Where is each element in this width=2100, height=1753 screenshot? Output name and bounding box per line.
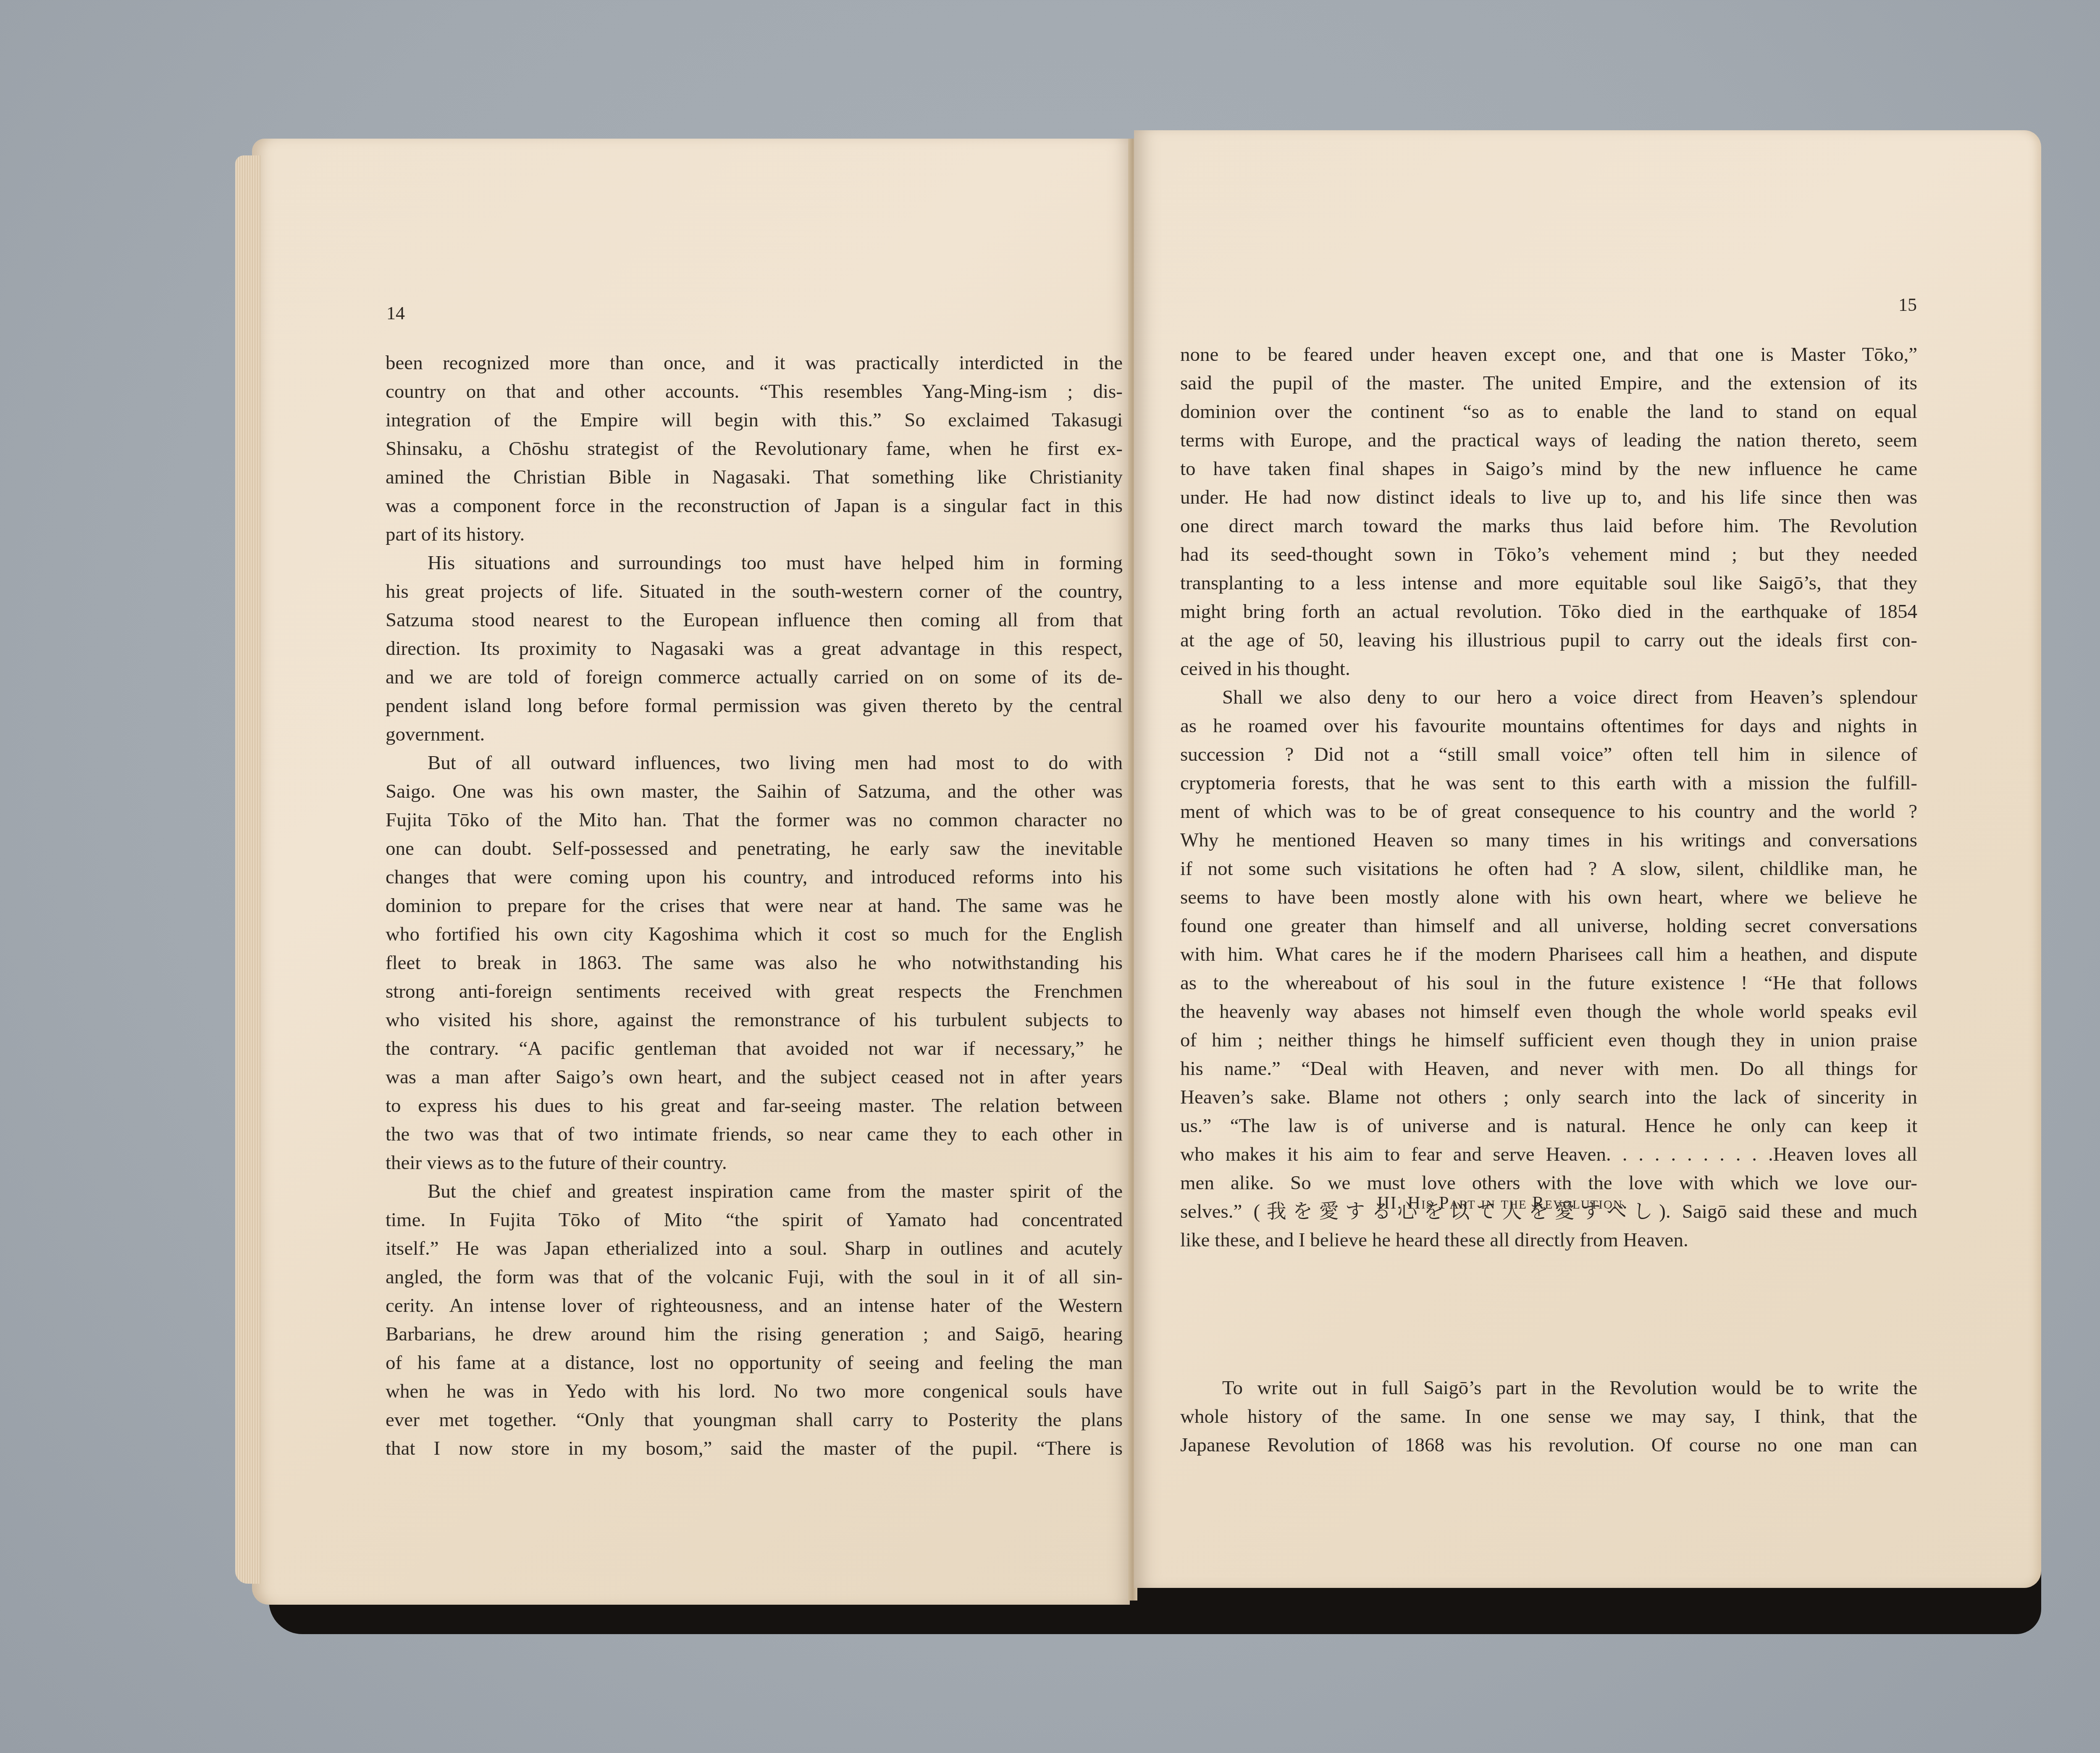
text-line: been recognized more than once, and it w…: [386, 349, 1123, 377]
text-line: Why he mentioned Heaven so many times in…: [1180, 826, 1917, 854]
text-line: us.” “The law is of universe and is natu…: [1180, 1112, 1917, 1140]
text-line: transplanting to a less intense and more…: [1180, 569, 1917, 597]
text-line: amined the Christian Bible in Nagasaki. …: [386, 463, 1123, 491]
text-line: his great projects of life. Situated in …: [386, 577, 1123, 606]
text-line: itself.” He was Japan etherialized into …: [386, 1234, 1123, 1263]
text-line: integration of the Empire will begin wit…: [386, 406, 1123, 434]
text-line: direction. Its proximity to Nagasaki was…: [386, 634, 1123, 663]
text-line: his name.” “Deal with Heaven, and never …: [1180, 1054, 1917, 1083]
text-line: who fortified his own city Kagoshima whi…: [386, 920, 1123, 949]
text-line: angled, the form was that of the volcani…: [386, 1263, 1123, 1291]
text-line: as to the whereabout of his soul in the …: [1180, 969, 1917, 997]
text-line: dominion to prepare for the crises that …: [386, 891, 1123, 920]
text-line: Satzuma stood nearest to the European in…: [386, 606, 1123, 634]
text-line: that I now store in my bosom,” said the …: [386, 1434, 1123, 1463]
text-line: found one greater than himself and all u…: [1180, 912, 1917, 940]
text-line: who makes it his aim to fear and serve H…: [1180, 1140, 1917, 1169]
text-line: their views as to the future of their co…: [386, 1149, 1123, 1177]
text-line: cerity. An intense lover of righteousnes…: [386, 1291, 1123, 1320]
text-line: fleet to break in 1863. The same was als…: [386, 949, 1123, 977]
text-line: the heavenly way abases not himself even…: [1180, 997, 1917, 1026]
text-line: His situations and surroundings too must…: [386, 549, 1123, 577]
text-line: Barbarians, he drew around him the risin…: [386, 1320, 1123, 1348]
text-line: none to be feared under heaven except on…: [1180, 340, 1917, 369]
text-line: if not some such visitations he often ha…: [1180, 854, 1917, 883]
text-line: under. He had now distinct ideals to liv…: [1180, 483, 1917, 512]
text-line: dominion over the continent “so as to en…: [1180, 397, 1917, 426]
text-line: part of its history.: [386, 520, 1123, 549]
left-page-text: been recognized more than once, and it w…: [386, 349, 1123, 1463]
text-line: Japanese Revolution of 1868 was his revo…: [1180, 1431, 1917, 1459]
text-line: To write out in full Saigō’s part in the…: [1180, 1374, 1917, 1402]
text-line: with him. What cares he if the modern Ph…: [1180, 940, 1917, 969]
text-line: of him ; neither things he himself suffi…: [1180, 1026, 1917, 1054]
text-line: Shinsaku, a Chōshu strategist of the Rev…: [386, 434, 1123, 463]
text-line: pendent island long before formal permis…: [386, 691, 1123, 720]
text-line: and we are told of foreign commerce actu…: [386, 663, 1123, 691]
text-line: of his fame at a distance, lost no oppor…: [386, 1348, 1123, 1377]
text-line: Heaven’s sake. Blame not others ; only s…: [1180, 1083, 1917, 1112]
text-line: when he was in Yedo with his lord. No tw…: [386, 1377, 1123, 1406]
text-line: Fujita Tōko of the Mito han. That the fo…: [386, 806, 1123, 834]
text-line: seems to have been mostly alone with his…: [1180, 883, 1917, 912]
text-line: ment of which was to be of great consequ…: [1180, 797, 1917, 826]
text-line: the two was that of two intimate friends…: [386, 1120, 1123, 1149]
text-line: to express his dues to his great and far…: [386, 1091, 1123, 1120]
text-line: one can doubt. Self-possessed and penetr…: [386, 834, 1123, 863]
text-line: at the age of 50, leaving his illustriou…: [1180, 626, 1917, 654]
text-line: ceived in his thought.: [1180, 654, 1917, 683]
text-line: Shall we also deny to our hero a voice d…: [1180, 683, 1917, 712]
text-line: to have taken final shapes in Saigo’s mi…: [1180, 455, 1917, 483]
text-line: terms with Europe, and the practical way…: [1180, 426, 1917, 455]
text-line: like these, and I believe he heard these…: [1180, 1226, 1917, 1254]
text-line: government.: [386, 720, 1123, 749]
text-line: changes that were coming upon his countr…: [386, 863, 1123, 891]
text-line: strong anti-foreign sentiments received …: [386, 977, 1123, 1006]
text-line: was a component force in the reconstruct…: [386, 491, 1123, 520]
section-text: To write out in full Saigō’s part in the…: [1180, 1374, 1917, 1459]
text-line: But of all outward influences, two livin…: [386, 749, 1123, 777]
text-line: as he roamed over his favourite mountain…: [1180, 712, 1917, 740]
text-line: Saigo. One was his own master, the Saihi…: [386, 777, 1123, 806]
page-number-right: 15: [1898, 294, 1917, 315]
text-line: who visited his shore, against the remon…: [386, 1006, 1123, 1034]
text-line: might bring forth an actual revolution. …: [1180, 597, 1917, 626]
text-line: whole history of the same. In one sense …: [1180, 1402, 1917, 1431]
page-number-left: 14: [386, 302, 405, 324]
text-line: was a man after Saigo’s own heart, and t…: [386, 1063, 1123, 1091]
text-line: had its seed-thought sown in Tōko’s vehe…: [1180, 540, 1917, 569]
text-line: But the chief and greatest inspiration c…: [386, 1177, 1123, 1206]
text-line: one direct march toward the marks thus l…: [1180, 512, 1917, 540]
text-line: succession ? Did not a “still small voic…: [1180, 740, 1917, 769]
text-line: time. In Fujita Tōko of Mito “the spirit…: [386, 1206, 1123, 1234]
left-page-edge: [235, 155, 260, 1584]
right-page-text: none to be feared under heaven except on…: [1180, 340, 1917, 1254]
text-line: country on that and other accounts. “Thi…: [386, 377, 1123, 406]
text-line: the contrary. “A pacific gentleman that …: [386, 1034, 1123, 1063]
text-line: cryptomeria forests, that he was sent to…: [1180, 769, 1917, 797]
section-heading: III. His Part in the Revolution.: [1134, 1193, 1871, 1213]
text-line: said the pupil of the master. The united…: [1180, 369, 1917, 397]
text-line: ever met together. “Only that youngman s…: [386, 1406, 1123, 1434]
